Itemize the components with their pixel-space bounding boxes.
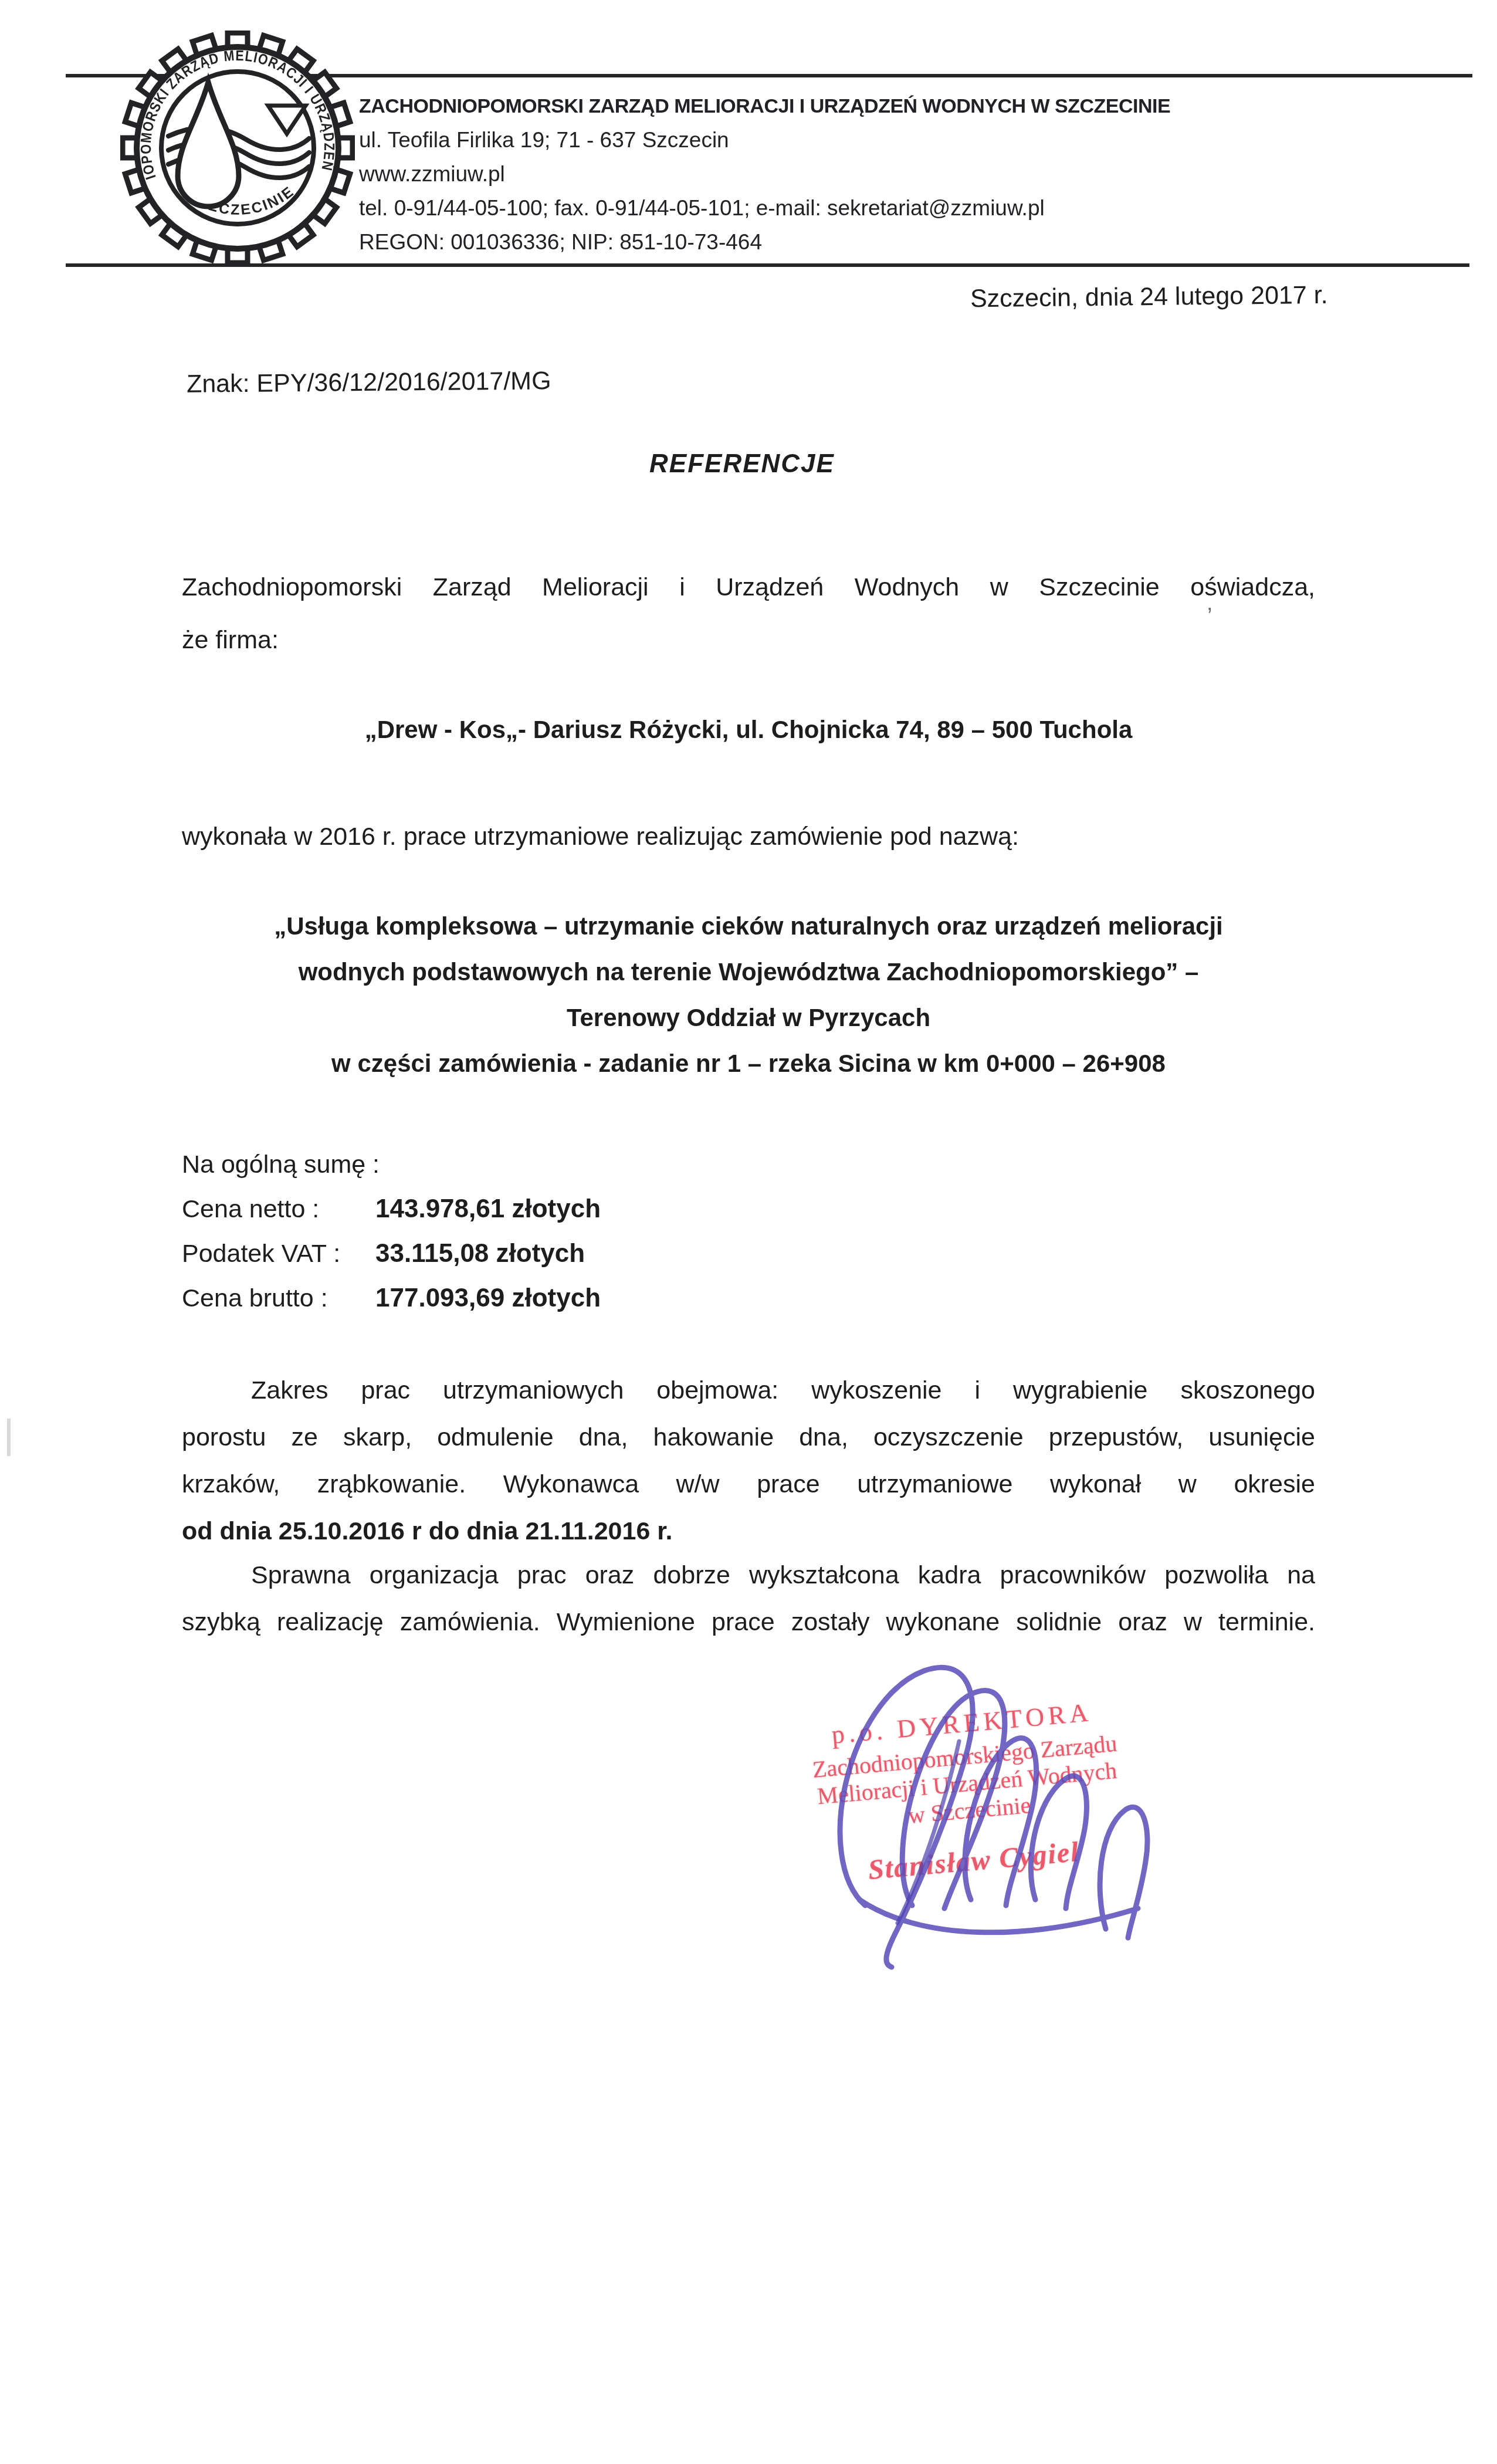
totals-heading: Na ogólną sumę : [182, 1143, 1315, 1187]
net-price-label: Cena netto : [182, 1187, 375, 1231]
scope-paragraph: Zakres prac utrzymaniowych obejmowa: wyk… [182, 1367, 1315, 1555]
letterhead: ZACHODNIOPOMORSKI ZARZĄD MELIORACJI I UR… [359, 89, 1170, 259]
order-name-line-4: w części zamówienia - zadanie nr 1 – rze… [0, 1041, 1497, 1087]
gross-price-value: 177.093,69 złotych [375, 1284, 601, 1312]
org-name: ZACHODNIOPOMORSKI ZARZĄD MELIORACJI I UR… [359, 89, 1170, 123]
scanned-letter-page: ZACHODNIOPOMORSKI ZARZĄD MELIORACJI I UR… [0, 0, 1497, 2464]
gross-price-label: Cena brutto : [182, 1277, 375, 1321]
order-name-line-3: Terenowy Oddział w Pyrzycach [0, 995, 1497, 1041]
order-name-line-1: „Usługa kompleksowa – utrzymanie cieków … [0, 903, 1497, 949]
scope-dates-line: od dnia 25.10.2016 r do dnia 21.11.2016 … [182, 1508, 1315, 1555]
vat-row: Podatek VAT :33.115,08 złotych [182, 1231, 1315, 1276]
reference-number: Znak: EPY/36/12/2016/2017/MG [187, 367, 551, 398]
scope-line-2: porostu ze skarp, odmulenie dna, hakowan… [182, 1414, 1315, 1461]
gross-price-row: Cena brutto :177.093,69 złotych [182, 1276, 1315, 1321]
scan-artifact-mark: ’ [1207, 604, 1212, 629]
scan-artifact-smudge [7, 1419, 11, 1456]
closing-line-2: szybką realizację zamówienia. Wymienione… [182, 1599, 1315, 1646]
order-name-line-2: wodnych podstawowych na terenie Wojewódz… [0, 949, 1497, 995]
signature-ink [777, 1647, 1182, 1976]
performed-line: wykonała w 2016 r. prace utrzymaniowe re… [182, 813, 1315, 860]
totals-block: Na ogólną sumę : Cena netto :143.978,61 … [182, 1143, 1315, 1321]
date-line: Szczecin, dnia 24 lutego 2017 r. [970, 281, 1328, 313]
contractor-line: „Drew - Kos„- Dariusz Różycki, ul. Chojn… [0, 716, 1497, 744]
net-price-row: Cena netto :143.978,61 złotych [182, 1187, 1315, 1231]
intro-paragraph: Zachodniopomorski Zarząd Melioracji i Ur… [182, 561, 1315, 666]
scope-line-3: krzaków, zrąbkowanie. Wykonawca w/w prac… [182, 1461, 1315, 1508]
intro-line-1: Zachodniopomorski Zarząd Melioracji i Ur… [182, 561, 1315, 614]
org-contact: tel. 0-91/44-05-100; fax. 0-91/44-05-101… [359, 191, 1170, 225]
org-website: www.zzmiuw.pl [359, 157, 1170, 191]
intro-line-2: że firma: [182, 614, 1315, 666]
vat-value: 33.115,08 złotych [375, 1239, 585, 1268]
closing-line-1: Sprawna organizacja prac oraz dobrze wyk… [182, 1552, 1315, 1599]
vat-label: Podatek VAT : [182, 1232, 375, 1276]
net-price-value: 143.978,61 złotych [375, 1194, 601, 1223]
scope-line-1: Zakres prac utrzymaniowych obejmowa: wyk… [182, 1367, 1315, 1414]
zzmiuw-logo: ZACHODNIOPOMORSKI ZARZĄD MELIORACJI I UR… [120, 31, 355, 265]
org-address: ul. Teofila Firlika 19; 71 - 637 Szczeci… [359, 123, 1170, 157]
document-title: REFERENCJE [0, 449, 1484, 479]
closing-paragraph: Sprawna organizacja prac oraz dobrze wyk… [182, 1552, 1315, 1646]
order-name-block: „Usługa kompleksowa – utrzymanie cieków … [0, 903, 1497, 1087]
org-registry: REGON: 001036336; NIP: 851-10-73-464 [359, 225, 1170, 259]
